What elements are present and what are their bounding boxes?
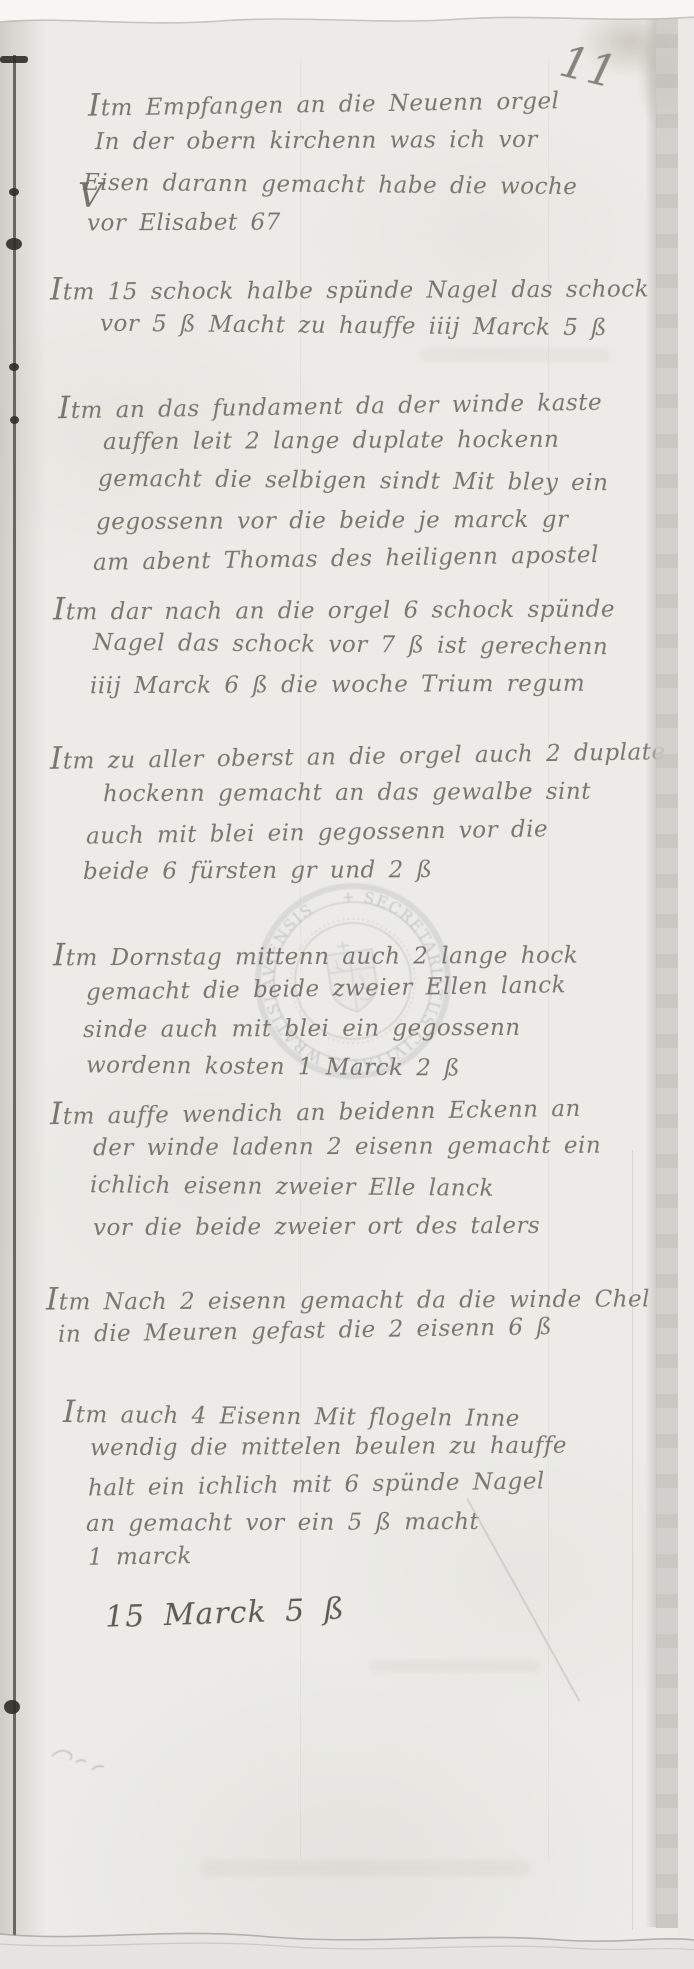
ink-bleed-through xyxy=(420,348,610,362)
ink-bleed-through xyxy=(200,1860,530,1876)
stitch-knot xyxy=(0,56,28,63)
underlying-page-edge xyxy=(678,6,694,1936)
stitch-knot xyxy=(4,1700,20,1714)
manuscript-scan: 11 V Itm Empfangen an die Neuenn orgel I… xyxy=(0,0,694,1969)
manuscript-line: ichlich eisenn zweier Elle lanck xyxy=(90,1172,494,1202)
stitch-knot xyxy=(6,238,22,250)
manuscript-line: hockenn gemacht an das gewalbe sint xyxy=(103,779,591,808)
binding-edge xyxy=(13,55,16,1952)
stitch-knot xyxy=(9,188,19,196)
manuscript-line: Nagel das schock vor 7 ß ist gerechenn xyxy=(93,630,608,660)
manuscript-line: Itm dar nach an die orgel 6 schock spünd… xyxy=(53,589,615,628)
manuscript-line: In der obern kirchenn was ich vor xyxy=(95,127,538,155)
manuscript-line: der winde ladenn 2 eisenn gemacht ein xyxy=(93,1133,601,1162)
top-deckle-edge xyxy=(0,0,694,32)
pencil-mark xyxy=(46,1740,126,1786)
manuscript-line: Itm 15 schock halbe spünde Nagel das sch… xyxy=(50,268,649,307)
gutter-shading xyxy=(0,0,46,1969)
stitch-knot xyxy=(9,363,19,371)
manuscript-line: auffen leit 2 lange duplate hockenn xyxy=(103,427,559,455)
manuscript-line: Eisen darann gemacht habe die woche xyxy=(83,170,578,200)
manuscript-line: vor die beide zweier ort des talers xyxy=(93,1213,540,1241)
manuscript-line: iiij Marck 6 ß die woche Trium regum xyxy=(90,671,585,700)
manuscript-line: Itm auch 4 Eisenn Mit flogeln Inne xyxy=(63,1394,520,1434)
manuscript-line: Itm Nach 2 eisenn gemacht da die winde C… xyxy=(46,1278,650,1317)
manuscript-line: vor 5 ß Macht zu hauffe iiij Marck 5 ß xyxy=(100,311,607,341)
manuscript-line: Itm Dornstag mittenn auch 2 lange hock xyxy=(53,935,578,974)
manuscript-line: gemacht die selbigen sindt Mit bley ein xyxy=(98,466,609,496)
manuscript-line: wordenn kosten 1 Marck 2 ß xyxy=(86,1052,460,1081)
ink-bleed-through xyxy=(370,1660,540,1672)
manuscript-line: Itm Empfangen an die Neuenn orgel xyxy=(88,80,560,123)
manuscript-line: vor Elisabet 67 xyxy=(87,209,281,236)
manuscript-line: wendig die mittelen beulen zu hauffe xyxy=(90,1433,567,1461)
manuscript-line: gegossenn vor die beide je marck gr xyxy=(96,507,569,535)
bottom-deckle-edge xyxy=(0,1908,694,1969)
page-rough-edge xyxy=(656,8,678,1928)
manuscript-line: sinde auch mit blei ein gegossenn xyxy=(83,1015,521,1043)
vertical-crease xyxy=(632,1150,633,1930)
stitch-knot xyxy=(10,416,19,424)
manuscript-line: an gemacht vor ein 5 ß macht xyxy=(86,1509,479,1537)
manuscript-line: 1 marck xyxy=(88,1543,192,1571)
